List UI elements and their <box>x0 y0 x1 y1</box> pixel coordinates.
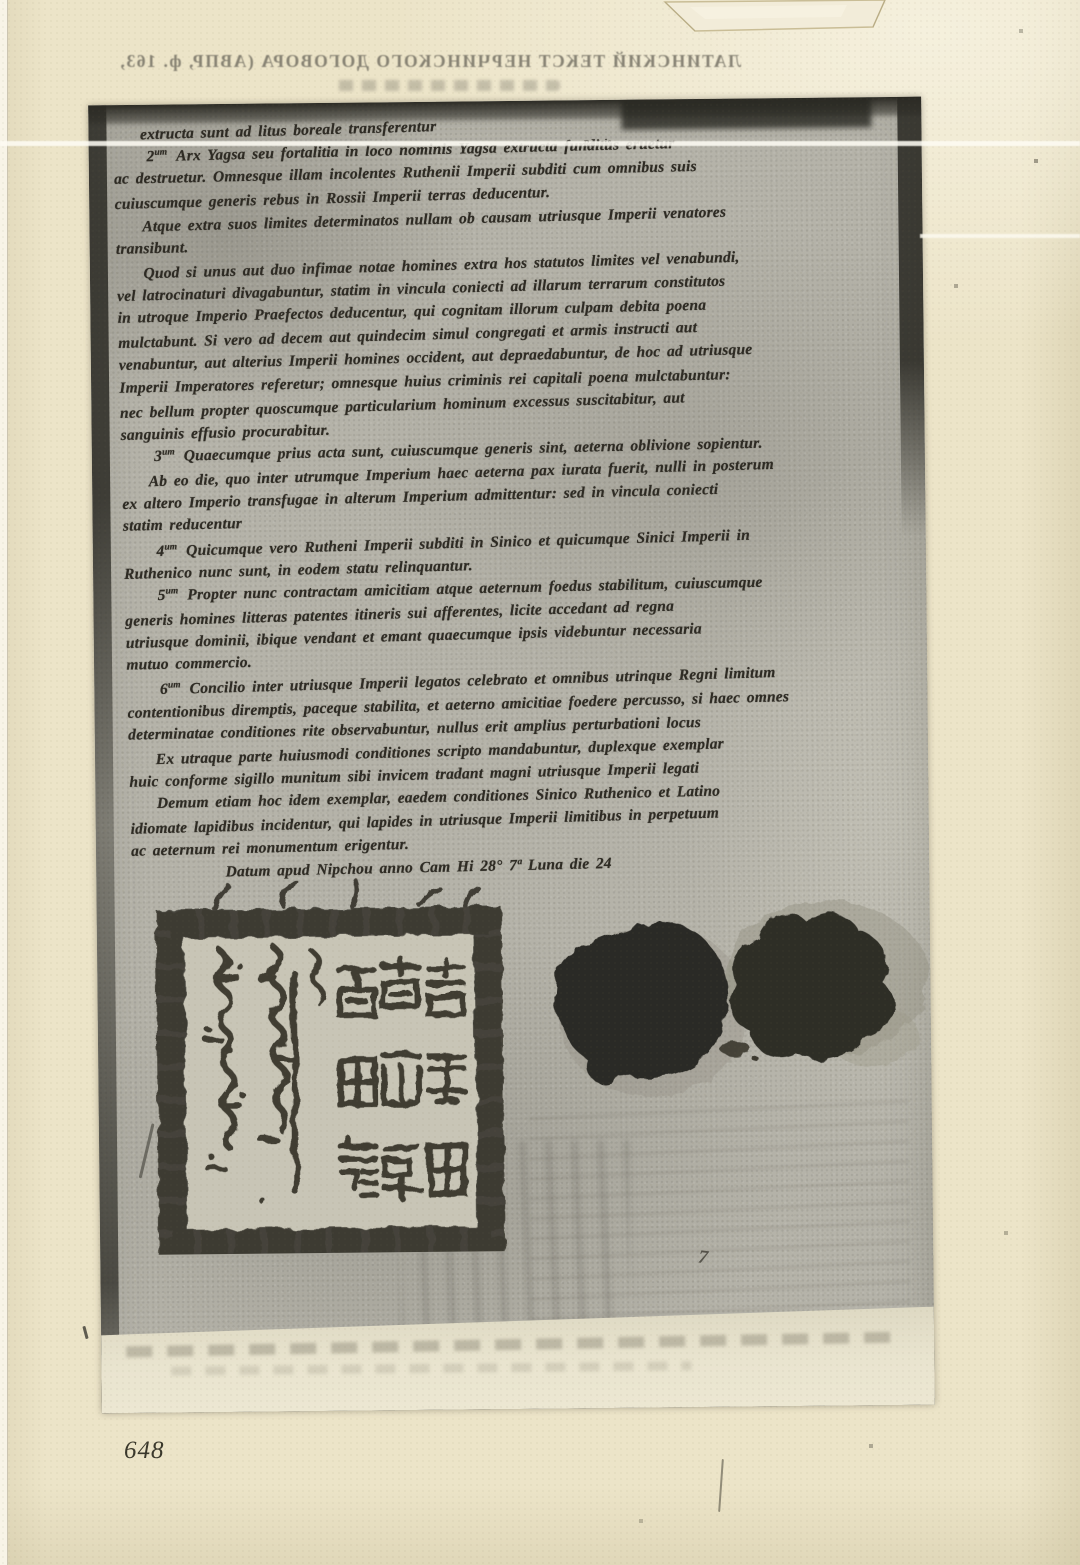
paragraph-number: 5um <box>157 586 178 603</box>
vertical-pen-mark <box>718 1459 724 1512</box>
tape-artifact <box>635 0 915 44</box>
seal-top-flourishes <box>214 880 477 907</box>
scan-artifact-line <box>920 234 1080 238</box>
bleedthrough-heading: ЛАТИНСКИЙ ТЕКСТ НЕРЧИНСКОГО ДОГОВОРА (АВ… <box>100 51 760 72</box>
scan-left-edge <box>0 0 8 1565</box>
paragraph-number: 4um <box>156 542 177 560</box>
paragraph-number: 6um <box>160 681 181 699</box>
bleedthrough-subline <box>330 80 560 91</box>
manchu-chinese-seal <box>153 865 507 1255</box>
corner-tick-mark <box>82 1326 88 1339</box>
paragraph-number: 3um <box>154 448 175 465</box>
scan-artifact-line <box>0 141 1080 146</box>
page-number: 648 <box>124 1437 165 1465</box>
paragraph-number: 2um <box>146 148 167 166</box>
manuscript-photo: extructa sunt ad litus boreale transfere… <box>88 97 935 1414</box>
ink-blot <box>534 896 935 1112</box>
paper-specks <box>0 0 2 2</box>
manuscript-text: extructa sunt ad litus boreale transfere… <box>113 106 932 890</box>
book-page: ЛАТИНСКИЙ ТЕКСТ НЕРЧИНСКОГО ДОГОВОРА (АВ… <box>0 0 1080 1565</box>
